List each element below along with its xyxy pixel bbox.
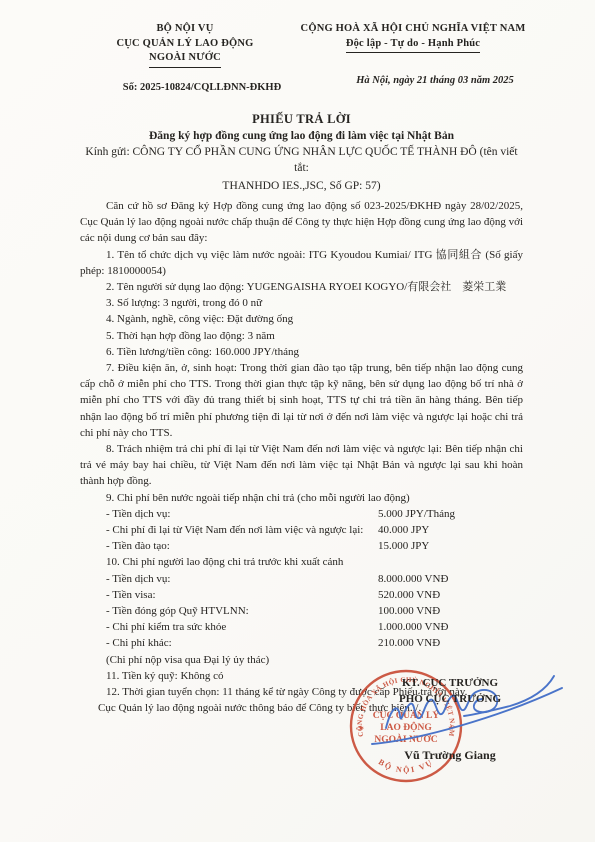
fee-label: - Tiền dịch vụ: xyxy=(106,508,170,520)
item-9-header: 9. Chi phí bên nước ngoài tiếp nhận chi … xyxy=(80,490,523,506)
fee-row: - Chi phí khác: 210.000 VNĐ xyxy=(80,635,523,651)
national-motto-underlined: Độc lập - Tự do - Hạnh Phúc xyxy=(346,37,480,54)
department-name-underlined: NGOÀI NƯỚC xyxy=(149,51,221,68)
fee-value: 5.000 JPY/Tháng xyxy=(378,506,455,522)
fee-label: - Tiền dịch vụ: xyxy=(106,573,170,585)
document-number: Số: 2025-10824/CQLLĐNN-ĐKHĐ xyxy=(70,82,300,93)
signer-name: Vũ Trường Giang xyxy=(340,748,560,763)
item-7-living-conditions: 7. Điều kiện ăn, ở, sinh hoạt: Trong thờ… xyxy=(80,360,523,441)
fee-label: - Tiền đóng góp Quỹ HTVLNN: xyxy=(106,605,249,617)
issue-date: Hà Nội, ngày 21 tháng 03 năm 2025 xyxy=(298,75,528,86)
title-block: PHIẾU TRẢ LỜI Đăng ký hợp đồng cung ứng … xyxy=(80,112,523,194)
fee-row: - Chi phí đi lại từ Việt Nam đến nơi làm… xyxy=(80,522,523,538)
item-3-quantity: 3. Số lượng: 3 người, trong đó 0 nữ xyxy=(80,295,523,311)
item-8-travel-costs: 8. Trách nhiệm trả chi phí đi lại từ Việ… xyxy=(80,441,523,490)
signer-title-1: KT. CỤC TRƯỞNG xyxy=(340,676,560,692)
fee-value: 8.000.000 VNĐ xyxy=(378,571,448,587)
item-5-contract-term: 5. Thời hạn hợp đồng lao động: 3 năm xyxy=(80,328,523,344)
intro-paragraph: Căn cứ hồ sơ Đăng ký Hợp đồng cung ứng l… xyxy=(80,198,523,247)
signature-block: KT. CỤC TRƯỞNG PHÓ CỤC TRƯỞNG CỘNG HÒA X… xyxy=(340,676,560,707)
recipient-line1: Kính gửi: CÔNG TY CỔ PHẦN CUNG ỨNG NHÂN … xyxy=(80,144,523,176)
document-subtitle: Đăng ký hợp đồng cung ứng lao động đi là… xyxy=(80,130,523,142)
fee-label: - Tiền visa: xyxy=(106,589,156,601)
fee-row: - Tiền visa: 520.000 VNĐ xyxy=(80,587,523,603)
fee-value: 520.000 VNĐ xyxy=(378,587,440,603)
fee-value: 210.000 VNĐ xyxy=(378,635,440,651)
item-6-salary: 6. Tiền lương/tiền công: 160.000 JPY/thá… xyxy=(80,344,523,360)
ministry-name: BỘ NỘI VỤ xyxy=(70,22,300,37)
signer-title-2: PHÓ CỤC TRƯỞNG xyxy=(340,692,560,708)
fee-label: - Chi phí kiểm tra sức khỏe xyxy=(106,621,226,633)
document-header: BỘ NỘI VỤ CỤC QUẢN LÝ LAO ĐỘNG NGOÀI NƯỚ… xyxy=(80,22,523,100)
fee-value: 1.000.000 VNĐ xyxy=(378,619,448,635)
fee-row: - Tiền dịch vụ: 5.000 JPY/Tháng xyxy=(80,506,523,522)
national-title: CỘNG HOÀ XÃ HỘI CHỦ NGHĨA VIỆT NAM xyxy=(298,22,528,37)
fee-value: 100.000 VNĐ xyxy=(378,603,440,619)
fee-label: - Chi phí đi lại từ Việt Nam đến nơi làm… xyxy=(106,524,363,536)
item-1-service-org: 1. Tên tổ chức dịch vụ việc làm nước ngo… xyxy=(80,247,523,279)
recipient-line2: THANHDO IES.,JSC, Số GP: 57) xyxy=(80,178,523,194)
fee-value: 40.000 JPY xyxy=(378,522,429,538)
fee-value: 15.000 JPY xyxy=(378,538,429,554)
fee-label: - Chi phí khác: xyxy=(106,637,172,649)
department-name-line2: NGOÀI NƯỚC xyxy=(70,51,300,68)
fee-row: - Tiền dịch vụ: 8.000.000 VNĐ xyxy=(80,571,523,587)
item-10-header: 10. Chi phí người lao động chi trả trước… xyxy=(80,554,523,570)
item-2-employer: 2. Tên người sử dụng lao động: YUGENGAIS… xyxy=(80,279,523,295)
fee-row: - Tiền đào tạo: 15.000 JPY xyxy=(80,538,523,554)
national-motto: Độc lập - Tự do - Hạnh Phúc xyxy=(298,37,528,54)
fee-label: - Tiền đào tạo: xyxy=(106,540,170,552)
document-body: Căn cứ hồ sơ Đăng ký Hợp đồng cung ứng l… xyxy=(80,198,523,717)
document-page: BỘ NỘI VỤ CỤC QUẢN LÝ LAO ĐỘNG NGOÀI NƯỚ… xyxy=(0,0,595,842)
national-motto-block: CỘNG HOÀ XÃ HỘI CHỦ NGHĨA VIỆT NAM Độc l… xyxy=(298,22,528,86)
fee-row: - Chi phí kiểm tra sức khỏe 1.000.000 VN… xyxy=(80,619,523,635)
department-name-line1: CỤC QUẢN LÝ LAO ĐỘNG xyxy=(70,37,300,52)
fee-row: - Tiền đóng góp Quỹ HTVLNN: 100.000 VNĐ xyxy=(80,603,523,619)
document-title: PHIẾU TRẢ LỜI xyxy=(80,112,523,127)
issuing-agency-block: BỘ NỘI VỤ CỤC QUẢN LÝ LAO ĐỘNG NGOÀI NƯỚ… xyxy=(70,22,300,93)
item-4-occupation: 4. Ngành, nghề, công việc: Đặt đường ống xyxy=(80,311,523,327)
